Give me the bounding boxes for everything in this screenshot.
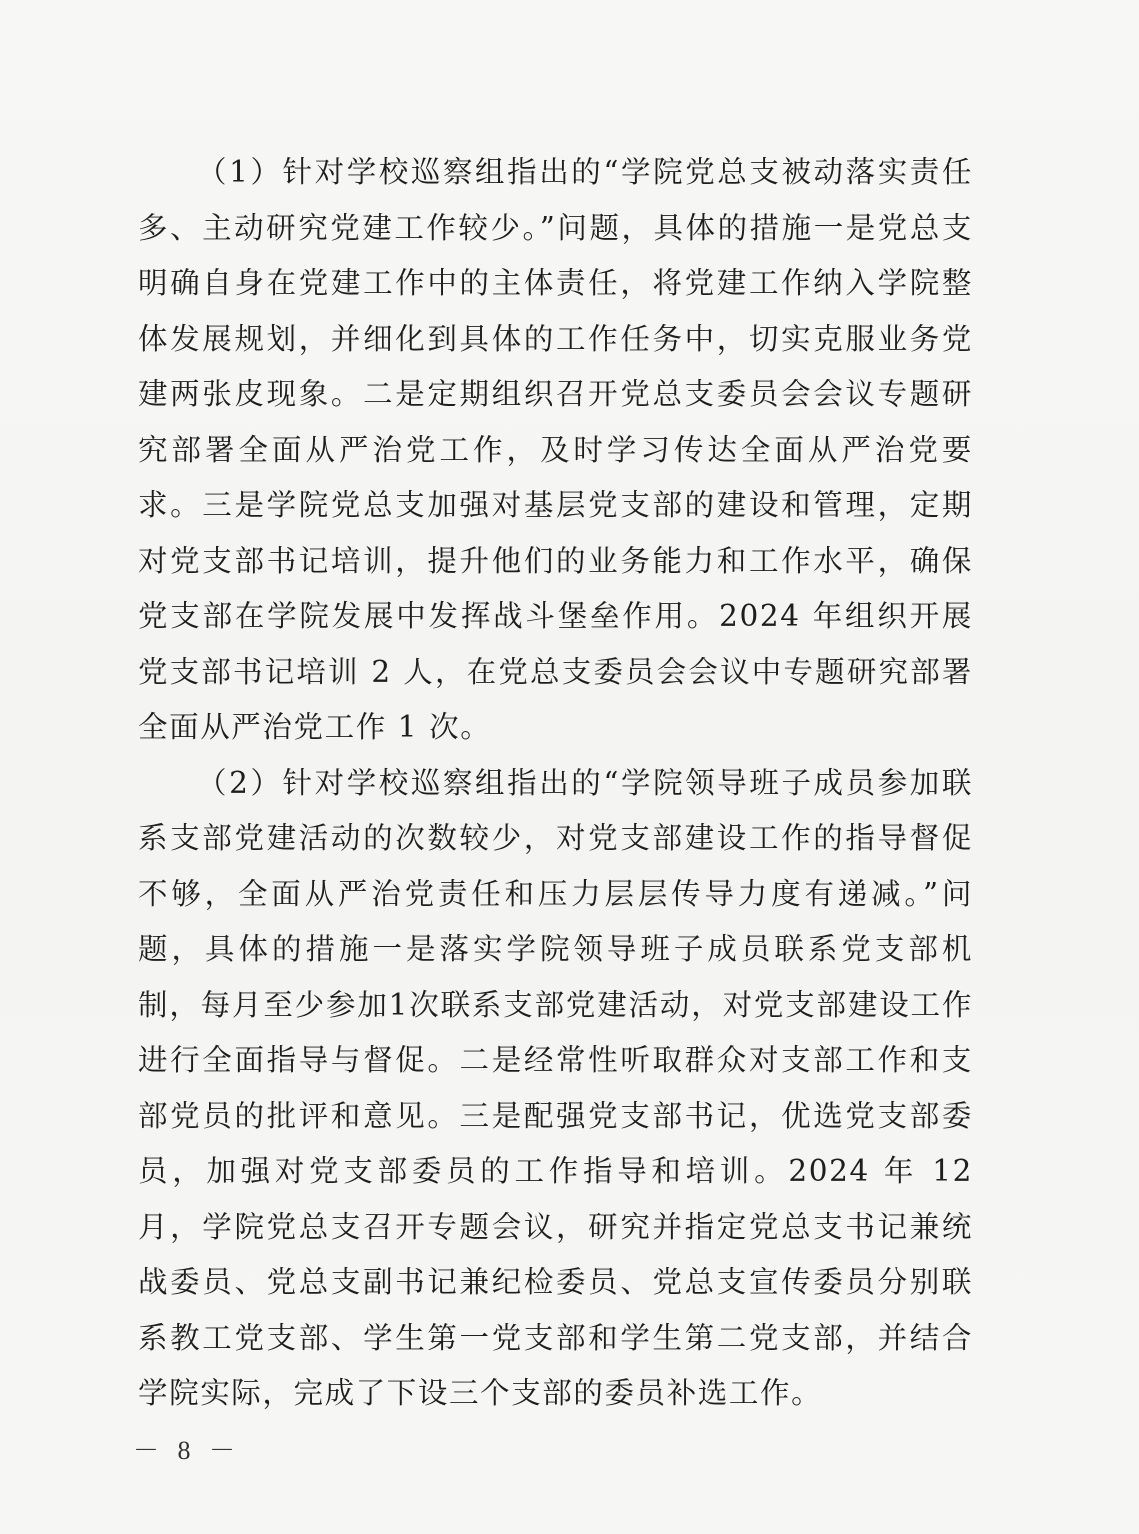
document-page: （1）针对学校巡察组指出的“学院党总支被动落实责任多、主动研究党建工作较少。”问… — [0, 0, 1139, 1534]
paragraph-item-2: （2）针对学校巡察组指出的“学院领导班子成员参加联系支部党建活动的次数较少，对党… — [138, 756, 973, 1422]
document-body: （1）针对学校巡察组指出的“学院党总支被动落实责任多、主动研究党建工作较少。”问… — [138, 145, 973, 1422]
paragraph-item-1: （1）针对学校巡察组指出的“学院党总支被动落实责任多、主动研究党建工作较少。”问… — [138, 145, 973, 756]
page-number: － 8 － — [133, 1430, 241, 1467]
